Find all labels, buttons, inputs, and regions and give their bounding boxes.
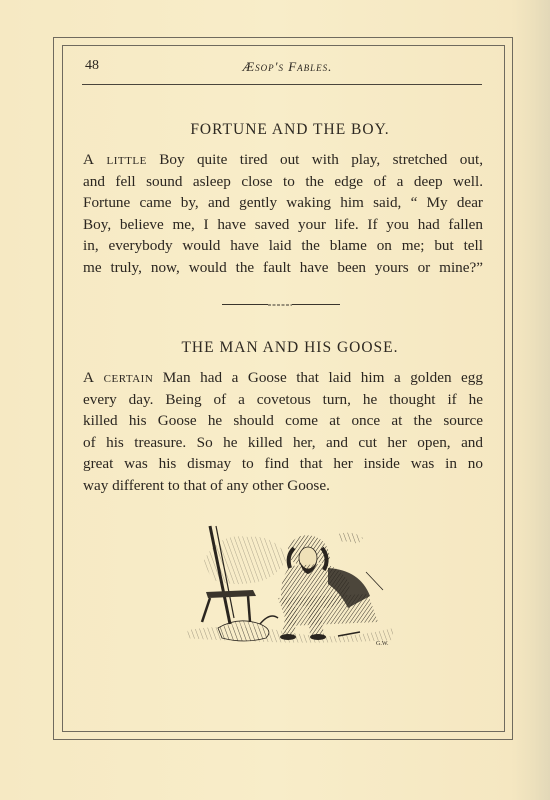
text-line: way different to that of any other Goose… xyxy=(83,475,483,497)
text-line: Fortune came by, and gently waking him s… xyxy=(83,192,483,214)
fable-text-fortune-and-the-boy: A little Boy quite tired out with play, … xyxy=(83,149,483,279)
fable-text-the-man-and-his-goose: A certain Man had a Goose that laid him … xyxy=(83,367,483,497)
fable-title-the-man-and-his-goose: THE MAN AND HIS GOOSE. xyxy=(70,339,510,357)
header-rule xyxy=(82,84,482,85)
opening-small-caps: A little xyxy=(83,151,147,168)
text-line: great was his dismay to find that her in… xyxy=(83,453,483,475)
text-line: Boy, believe me, I have saved your life.… xyxy=(83,214,483,236)
text-line: in, everybody would have laid the blame … xyxy=(83,235,483,257)
text-line: A little Boy quite tired out with play, … xyxy=(83,149,483,171)
running-head: 48 Æsop's Fables. xyxy=(85,58,490,78)
text-line: every day. Being of a covetous turn, he … xyxy=(83,389,483,411)
opening-small-caps: A certain xyxy=(83,369,153,386)
illustration-man-with-goose: G.W. xyxy=(178,512,400,652)
illustration-signature: G.W. xyxy=(376,641,389,647)
text-line: and fell sound asleep close to the edge … xyxy=(83,171,483,193)
text-line: A certain Man had a Goose that laid him … xyxy=(83,367,483,389)
text-line: of his treasure. So he killed her, and c… xyxy=(83,432,483,454)
text-line: me truly, now, would the fault have been… xyxy=(83,257,483,279)
fable-title-fortune-and-the-boy: FORTUNE AND THE BOY. xyxy=(70,121,510,139)
running-title: Æsop's Fables. xyxy=(85,59,490,75)
text-line: killed his Goose he should come at once … xyxy=(83,410,483,432)
section-divider xyxy=(222,303,340,306)
